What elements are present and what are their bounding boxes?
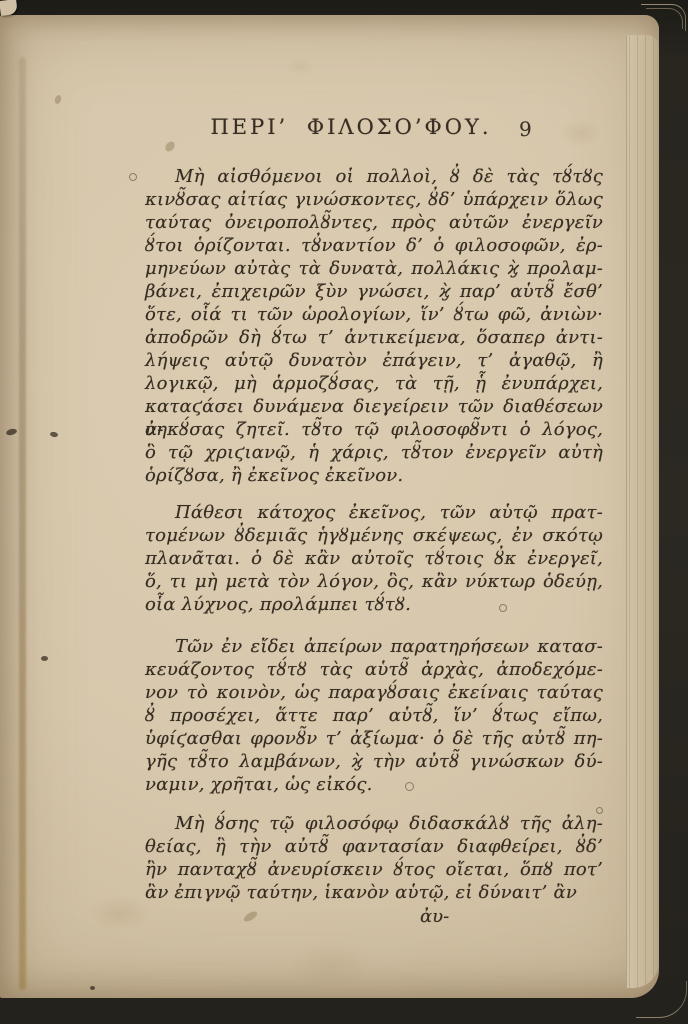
- foxing-spot: [129, 173, 137, 181]
- text-line: κινȣ̃σας αἰτίας γινώσκοντες, ȣ̓δ’ ὑπάρχε…: [145, 188, 603, 211]
- text-line: Μὴ αἰσθόμενοι οἱ πολλοὶ, ȣ̓ δὲ τὰς τȣ́τȣ…: [145, 165, 603, 188]
- paragraph-1: Μὴ αἰσθόμενοι οἱ πολλοὶ, ȣ̓ δὲ τὰς τȣ́τȣ…: [145, 165, 603, 487]
- paragraph-4: Μὴ ȣ́σης τῷ φιλοσόφῳ διδασκάλȣ τῆς ἀλη- …: [145, 812, 603, 904]
- text-line: οἷα λύχνος, προλάμπει τȣ́τȣ.: [145, 593, 603, 616]
- text-line: ἀποδρῶν δὴ ȣ́τω τ’ ἀντικείμενα, ὅσαπερ ἀ…: [145, 326, 603, 349]
- text-line: ὑφίϛασθαι φρονȣ̃ν τ’ ἀξίωμα· ὁ δὲ τῆς αὐ…: [145, 727, 603, 750]
- gutter-crease: [19, 57, 26, 990]
- text-line: λήψεις αὑτῷ δυνατὸν ἐπάγειν, τ’ ἀγαθῷ, ἢ: [145, 349, 603, 372]
- catchword: ἀυ-: [420, 906, 449, 927]
- text-line: ὃ τῷ χριϛιανῷ, ἡ χάρις, τȣ̃τον ἐνεργεῖν …: [145, 441, 603, 464]
- text-line: ἂν ἐπιγνῷ ταύτην, ἱκανὸν αὑτῷ, εἰ δύναιτ…: [145, 881, 603, 904]
- text-line: κευάζοντος τȣ́τȣ τὰς αὑτȣ̃ ἀρχὰς, ἀποδεχ…: [145, 658, 603, 681]
- foxing-spot: [596, 807, 603, 814]
- text-line: ὁρίζȣσα, ἢ ἐκεῖνος ἐκεῖνον.: [145, 464, 603, 487]
- page-edge-stack: [626, 35, 659, 988]
- book-page: ΠΕΡΙ’ ΦΙΛΟΣΟ’ΦΟΥ. 9 Μὴ αἰσθόμενοι οἱ πολ…: [0, 15, 659, 998]
- text-line: ȣ́τοι ὁρίζονται. τȣ̓ναντίον δ’ ὁ φιλοσοφ…: [145, 234, 603, 257]
- text-line: τομένων ȣ̓δεμιᾶς ἡγȣμένης σκέψεως, ἐν σκ…: [145, 524, 603, 547]
- book-scan: ΠΕΡΙ’ ΦΙΛΟΣΟ’ΦΟΥ. 9 Μὴ αἰσθόμενοι οἱ πολ…: [0, 0, 688, 1024]
- paragraph-3: Τῶν ἐν εἴδει ἀπείρων παρατηρήσεων κατασ-…: [145, 635, 603, 796]
- text-line: βάνει, ἐπιχειρῶν ξὺν γνώσει, ϗ̀ παρ’ αὑτ…: [145, 280, 603, 303]
- text-line: γῆς τȣ̃το λαμβάνων, ϗ̀ τὴν αὐτȣ̃ γινώσκω…: [145, 750, 603, 773]
- text-line: ὅτε, οἷά τι τῶν ὡρολογίων, ἵν’ ȣ́τω φῶ, …: [145, 303, 603, 326]
- foxing-spot: [405, 782, 414, 791]
- text-line: ταύτας ὀνειροπολȣ̃ντες, πρὸς αὑτῶν ἐνεργ…: [145, 211, 603, 234]
- page-corner-edges: [636, 981, 687, 1018]
- text-line: νον τὸ κοινὸν, ὡς παραγȣ́σαις ἐκείναις τ…: [145, 681, 603, 704]
- foxing-spot: [163, 140, 176, 154]
- foxing-spot: [41, 656, 48, 661]
- text-line: Μὴ ȣ́σης τῷ φιλοσόφῳ διδασκάλȣ τῆς ἀλη-: [145, 812, 603, 835]
- paper-scrap: [0, 0, 18, 16]
- text-line: ναμιν, χρῆται, ὡς εἰκός.: [145, 773, 603, 796]
- foxing-spot: [5, 428, 17, 437]
- page-corner-edges: [646, 8, 683, 29]
- text-line: Τῶν ἐν εἴδει ἀπείρων παρατηρήσεων κατασ-: [145, 635, 603, 658]
- text-line: ἣν πανταχȣ̃ ἀνευρίσκειν ȣ́τος οἴεται, ὅπ…: [145, 858, 603, 881]
- foxing-spot: [54, 94, 63, 105]
- paragraph-2: Πάθεσι κάτοχος ἐκεῖνος, τῶν αὑτῷ πρατ- τ…: [145, 501, 603, 616]
- foxing-spot: [90, 986, 95, 990]
- text-line: Πάθεσι κάτοχος ἐκεῖνος, τῶν αὑτῷ πρατ-: [145, 501, 603, 524]
- text-line: λογικῷ, μὴ ἁρμοζȣ́σας, τὰ τῇ, ᾗ ἐνυπάρχε…: [145, 372, 603, 395]
- text-line: νηκȣ́σας ζητεῖ. τȣ̃το τῷ φιλοσοφȣ̃ντι ὁ …: [145, 418, 603, 441]
- page-number: 9: [519, 117, 532, 141]
- text-line: ȣ̓ προσέχει, ἅττε παρ’ αὑτȣ̃, ἵν’ ȣ́τως …: [145, 704, 603, 727]
- text-line: πλανᾶται. ὁ δὲ κἂν αὐτοῖς τȣ́τοις ȣ̓κ ἐν…: [145, 547, 603, 570]
- text-line: θείας, ἣ τὴν αὐτȣ̃ φαντασίαν διαφθείρει,…: [145, 835, 603, 858]
- foxing-spot: [242, 910, 258, 924]
- foxing-spot: [50, 431, 59, 437]
- foxing-spot: [499, 604, 507, 612]
- text-line: μηνεύων αὐτὰς τὰ δυνατὰ, πολλάκις ϗ̀ προ…: [145, 257, 603, 280]
- text-line: ὅ, τι μὴ μετὰ τὸν λόγον, ὃς, κἂν νύκτωρ …: [145, 570, 603, 593]
- text-line: καταϛάσει δυνάμενα διεγείρειν τῶν διαθέσ…: [145, 395, 603, 418]
- running-title: ΠΕΡΙ’ ΦΙΛΟΣΟ’ΦΟΥ.: [145, 115, 557, 139]
